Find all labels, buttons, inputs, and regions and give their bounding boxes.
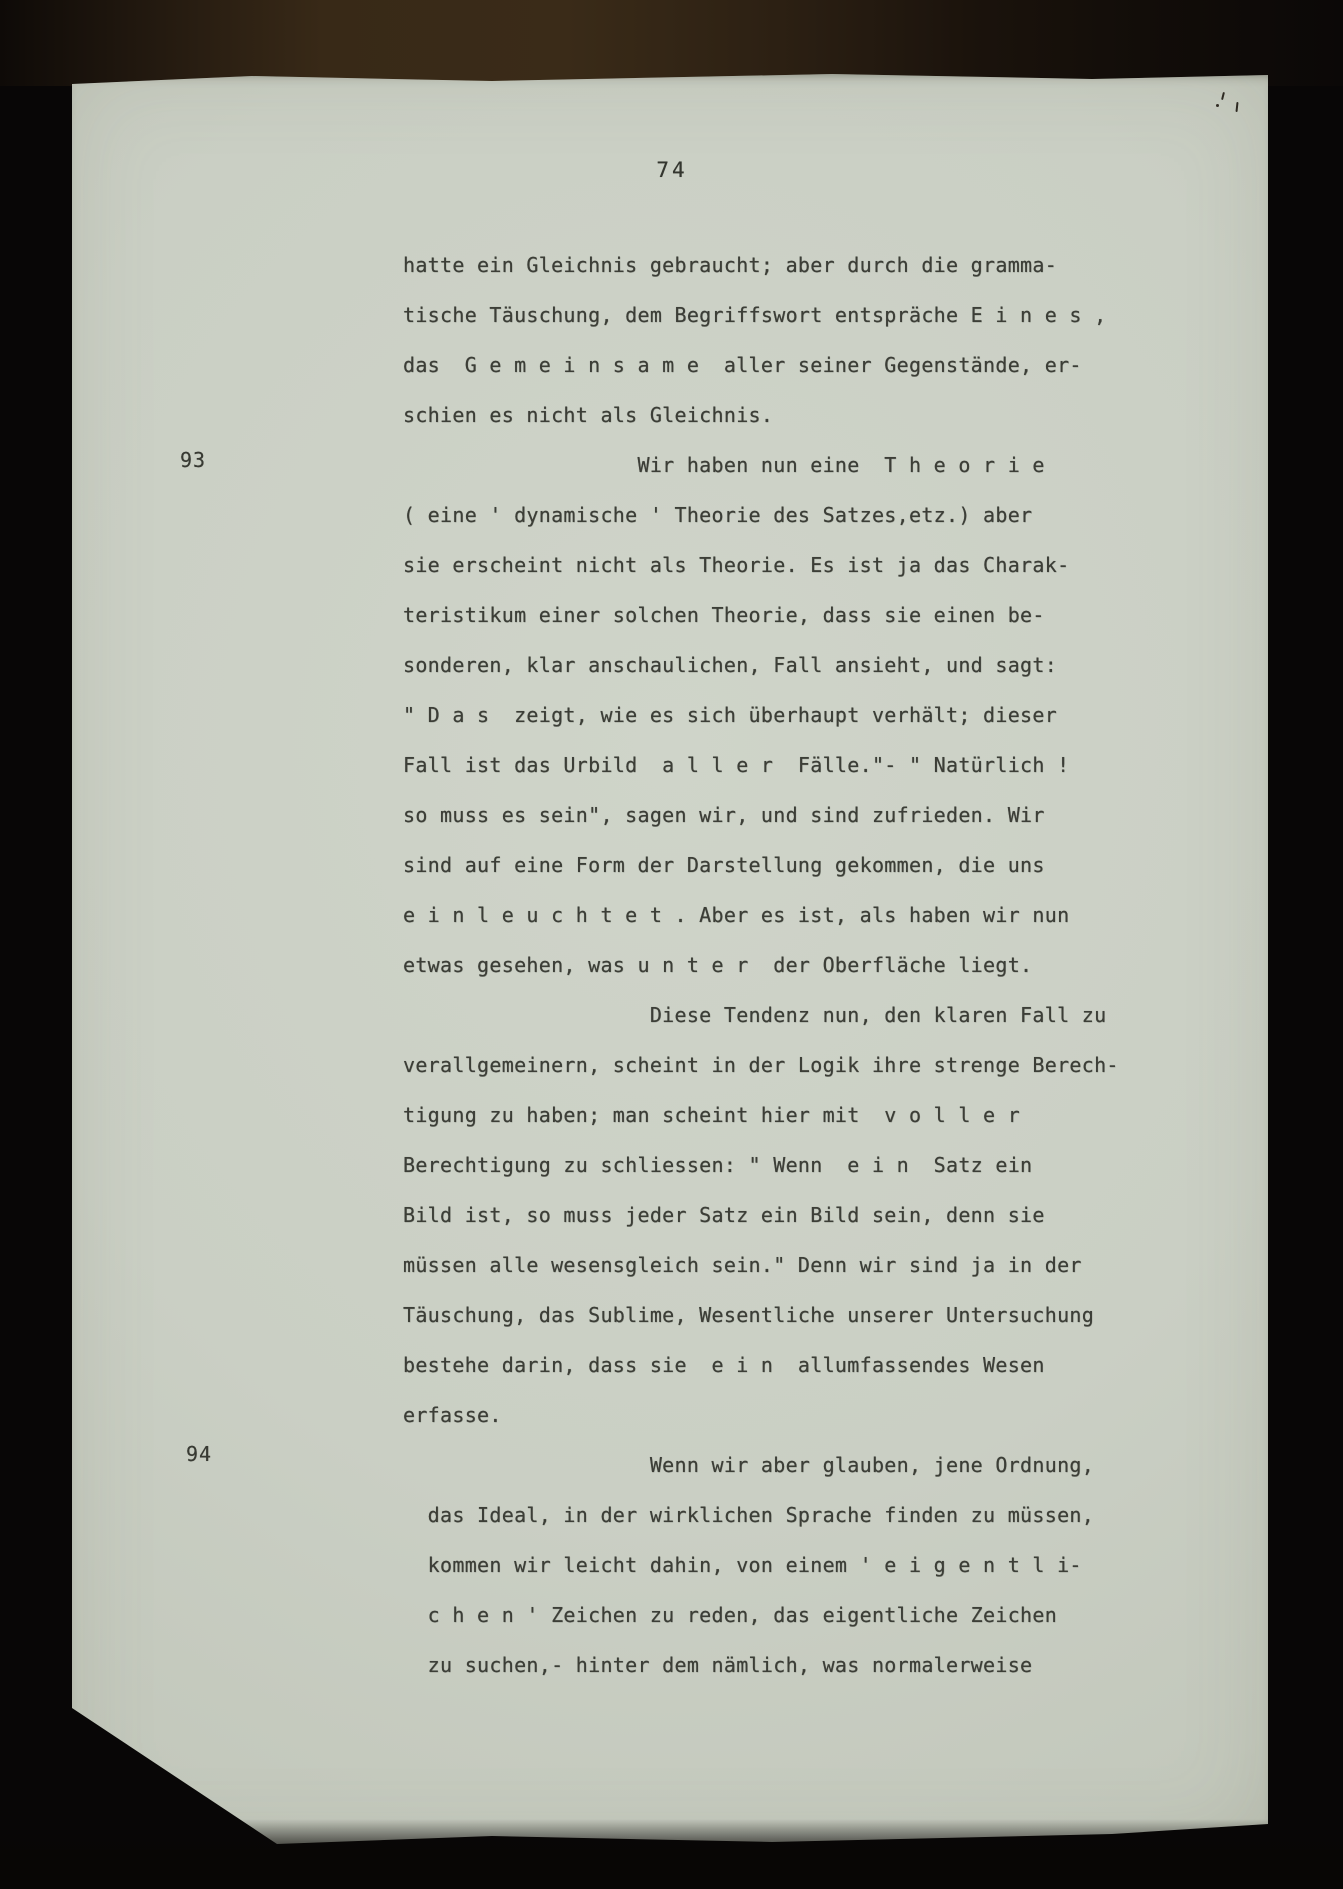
margin-number-93: 93 (180, 448, 206, 472)
typescript-line: ( eine ' dynamische ' Theorie des Satzes… (403, 490, 1119, 540)
typescript-line: sie erscheint nicht als Theorie. Es ist … (403, 540, 1119, 590)
typescript-line: Berechtigung zu schliessen: " Wenn e i n… (403, 1140, 1119, 1190)
scanner-background-bottom (0, 1819, 1343, 1889)
typescript-line: Diese Tendenz nun, den klaren Fall zu (403, 990, 1119, 1040)
pencil-marks (1214, 90, 1248, 124)
typescript-line: das G e m e i n s a m e aller seiner Geg… (403, 340, 1119, 390)
typescript-line: c h e n ' Zeichen zu reden, das eigentli… (403, 1590, 1119, 1640)
typescript-line: teristikum einer solchen Theorie, dass s… (403, 590, 1119, 640)
typescript-line: das Ideal, in der wirklichen Sprache fin… (403, 1490, 1119, 1540)
typescript-line: bestehe darin, dass sie e i n allumfasse… (403, 1340, 1119, 1390)
pencil-tick-icon (1221, 92, 1225, 100)
typescript-line: sonderen, klar anschaulichen, Fall ansie… (403, 640, 1119, 690)
typescript-line: schien es nicht als Gleichnis. (403, 390, 1119, 440)
pencil-dot-icon (1216, 104, 1219, 107)
typescript-text: hatte ein Gleichnis gebraucht; aber durc… (403, 240, 1119, 1690)
typescript-line: erfasse. (403, 1390, 1119, 1440)
typescript-line: etwas gesehen, was u n t e r der Oberflä… (403, 940, 1119, 990)
typescript-line: e i n l e u c h t e t . Aber es ist, als… (403, 890, 1119, 940)
typescript-line: kommen wir leicht dahin, von einem ' e i… (403, 1540, 1119, 1590)
typescript-line: Bild ist, so muss jeder Satz ein Bild se… (403, 1190, 1119, 1240)
typescript-line: Wir haben nun eine T h e o r i e (403, 440, 1119, 490)
typescript-line: zu suchen,- hinter dem nämlich, was norm… (403, 1640, 1119, 1690)
typescript-line: hatte ein Gleichnis gebraucht; aber durc… (403, 240, 1119, 290)
typescript-line: tische Täuschung, dem Begriffswort entsp… (403, 290, 1119, 340)
typescript-line: so muss es sein", sagen wir, und sind zu… (403, 790, 1119, 840)
typescript-line: " D a s zeigt, wie es sich überhaupt ver… (403, 690, 1119, 740)
page-number: 74 (632, 158, 712, 182)
typescript-line: müssen alle wesensgleich sein." Denn wir… (403, 1240, 1119, 1290)
typescript-line: tigung zu haben; man scheint hier mit v … (403, 1090, 1119, 1140)
scanned-document: 74 93 94 hatte ein Gleichnis gebraucht; … (0, 0, 1343, 1889)
typescript-line: Wenn wir aber glauben, jene Ordnung, (403, 1440, 1119, 1490)
margin-number-94: 94 (186, 1442, 212, 1466)
typescript-page: 74 93 94 hatte ein Gleichnis gebraucht; … (72, 72, 1268, 1850)
typescript-line: verallgemeinern, scheint in der Logik ih… (403, 1040, 1119, 1090)
scanner-background-top (0, 0, 1343, 86)
typescript-line: Täuschung, das Sublime, Wesentliche unse… (403, 1290, 1119, 1340)
pencil-tick-icon (1235, 102, 1238, 112)
typescript-line: Fall ist das Urbild a l l e r Fälle."- "… (403, 740, 1119, 790)
typescript-line: sind auf eine Form der Darstellung gekom… (403, 840, 1119, 890)
